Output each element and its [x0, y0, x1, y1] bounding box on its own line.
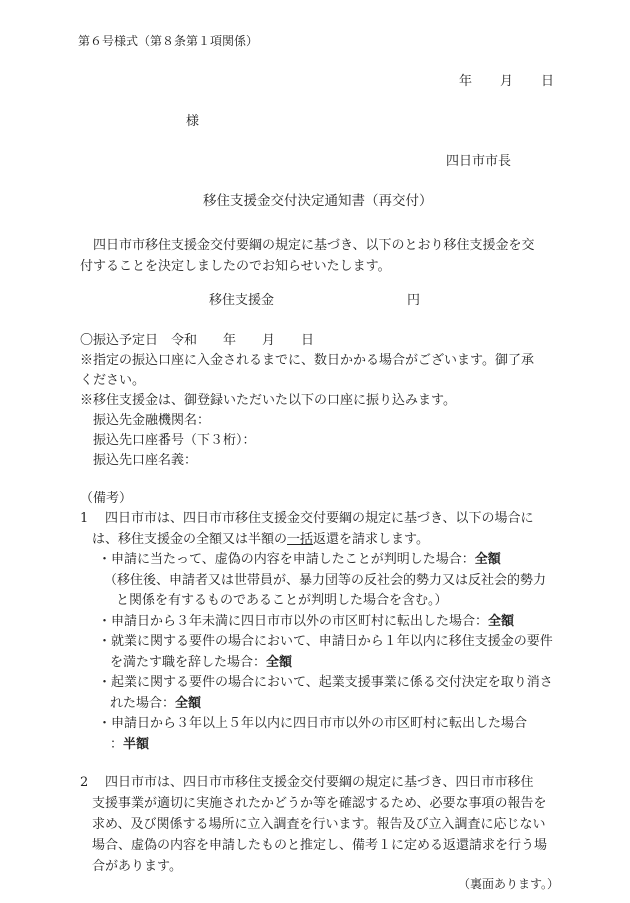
remark-paren-note-cont: と関係を有するものであることが判明した場合を含む。）: [80, 591, 555, 612]
remark-bullet: ・起業に関する要件の場合において、起業支援事業に係る交付決定を取り消さ: [80, 673, 555, 694]
amount-unit: 円: [407, 294, 420, 307]
remark-2-line-4: 場合、虚偽の内容を申請したものと推定し、備考１に定める返還請求を行う場: [80, 835, 555, 856]
transfer-note-2: ※移住支援金は、御登録いただいた以下の口座に振り込みます。: [80, 391, 555, 411]
intro-line-2: 付することを決定しましたのでお知らせいたします。: [80, 256, 555, 277]
form-number: 第６号様式（第８条第１項関係）: [78, 35, 258, 47]
remark-number: 2: [80, 772, 105, 793]
remark-bullet: ・申請日から３年以上５年以内に四日市市以外の市区町村に転出した場合: [80, 714, 555, 735]
remark-bullet: ・就業に関する要件の場合において、申請日から１年以内に移住支援金の要件: [80, 632, 555, 653]
bank-name-label: 振込先金融機関名：: [80, 411, 555, 431]
remark-2-line-5: 合があります。: [80, 856, 555, 877]
remark-bullet: ・申請に当たって、虚偽の内容を申請したことが判明した場合：全額: [80, 550, 555, 571]
intro-line-1: 四日市市移住支援金交付要綱の規定に基づき、以下のとおり移住支援金を交: [80, 235, 555, 256]
transfer-note-1-line-1: ※指定の振込口座に入金されるまでに、数日かかる場合がございます。御了承: [80, 351, 555, 371]
intro-paragraph: 四日市市移住支援金交付要綱の規定に基づき、以下のとおり移住支援金を交 付すること…: [80, 235, 555, 277]
remark-number: 1: [80, 509, 105, 530]
remarks-heading: （備考）: [80, 492, 132, 505]
addressee-suffix: 様: [186, 115, 199, 128]
remark-1-line-2: は、移住支援金の全額又は半額の一括返還を請求します。: [80, 530, 555, 551]
amount-label: 移住支援金: [209, 294, 274, 307]
scheduled-date-row: 〇振込予定日 令和年月日: [80, 331, 555, 351]
remarks-item-1: 1四日市市は、四日市市移住支援金交付要綱の規定に基づき、以下の場合に は、移住支…: [80, 509, 555, 755]
remark-bullet-cont: を満たす職を辞した場合：全額: [80, 653, 555, 674]
document-title: 移住支援金交付決定通知書（再交付）: [203, 195, 433, 209]
footer-note: （裏面あります。）: [458, 878, 559, 890]
date-day-label: 日: [541, 75, 554, 88]
remark-paren-note: （移住後、申請者又は世帯員が、暴力団等の反社会的勢力又は反社会的勢力: [80, 571, 555, 592]
remark-bullet-cont: れた場合：全額: [80, 694, 555, 715]
date-year-label: 年: [459, 75, 472, 88]
remark-bullet-cont: ：半額: [80, 735, 555, 756]
issuer: 四日市市長: [446, 155, 511, 168]
remark-2-line-3: 求め、及び関係する場所に立入調査を行います。報告及び立入調査に応じない: [80, 814, 555, 835]
transfer-note-1-line-2: ください。: [80, 371, 555, 391]
remark-2-line-2: 支援事業が適切に実施されたかどうか等を確認するため、必要な事項の報告を: [80, 793, 555, 814]
account-number-label: 振込先口座番号（下３桁）：: [80, 431, 555, 451]
remarks-item-2: 2四日市市は、四日市市移住支援金交付要綱の規定に基づき、四日市市移住 支援事業が…: [80, 772, 555, 877]
account-holder-label: 振込先口座名義：: [80, 451, 555, 471]
remark-bullet: ・申請日から３年未満に四日市市以外の市区町村に転出した場合：全額: [80, 612, 555, 633]
date-month-label: 月: [500, 75, 513, 88]
transfer-section: 〇振込予定日 令和年月日 ※指定の振込口座に入金されるまでに、数日かかる場合がご…: [80, 331, 555, 471]
